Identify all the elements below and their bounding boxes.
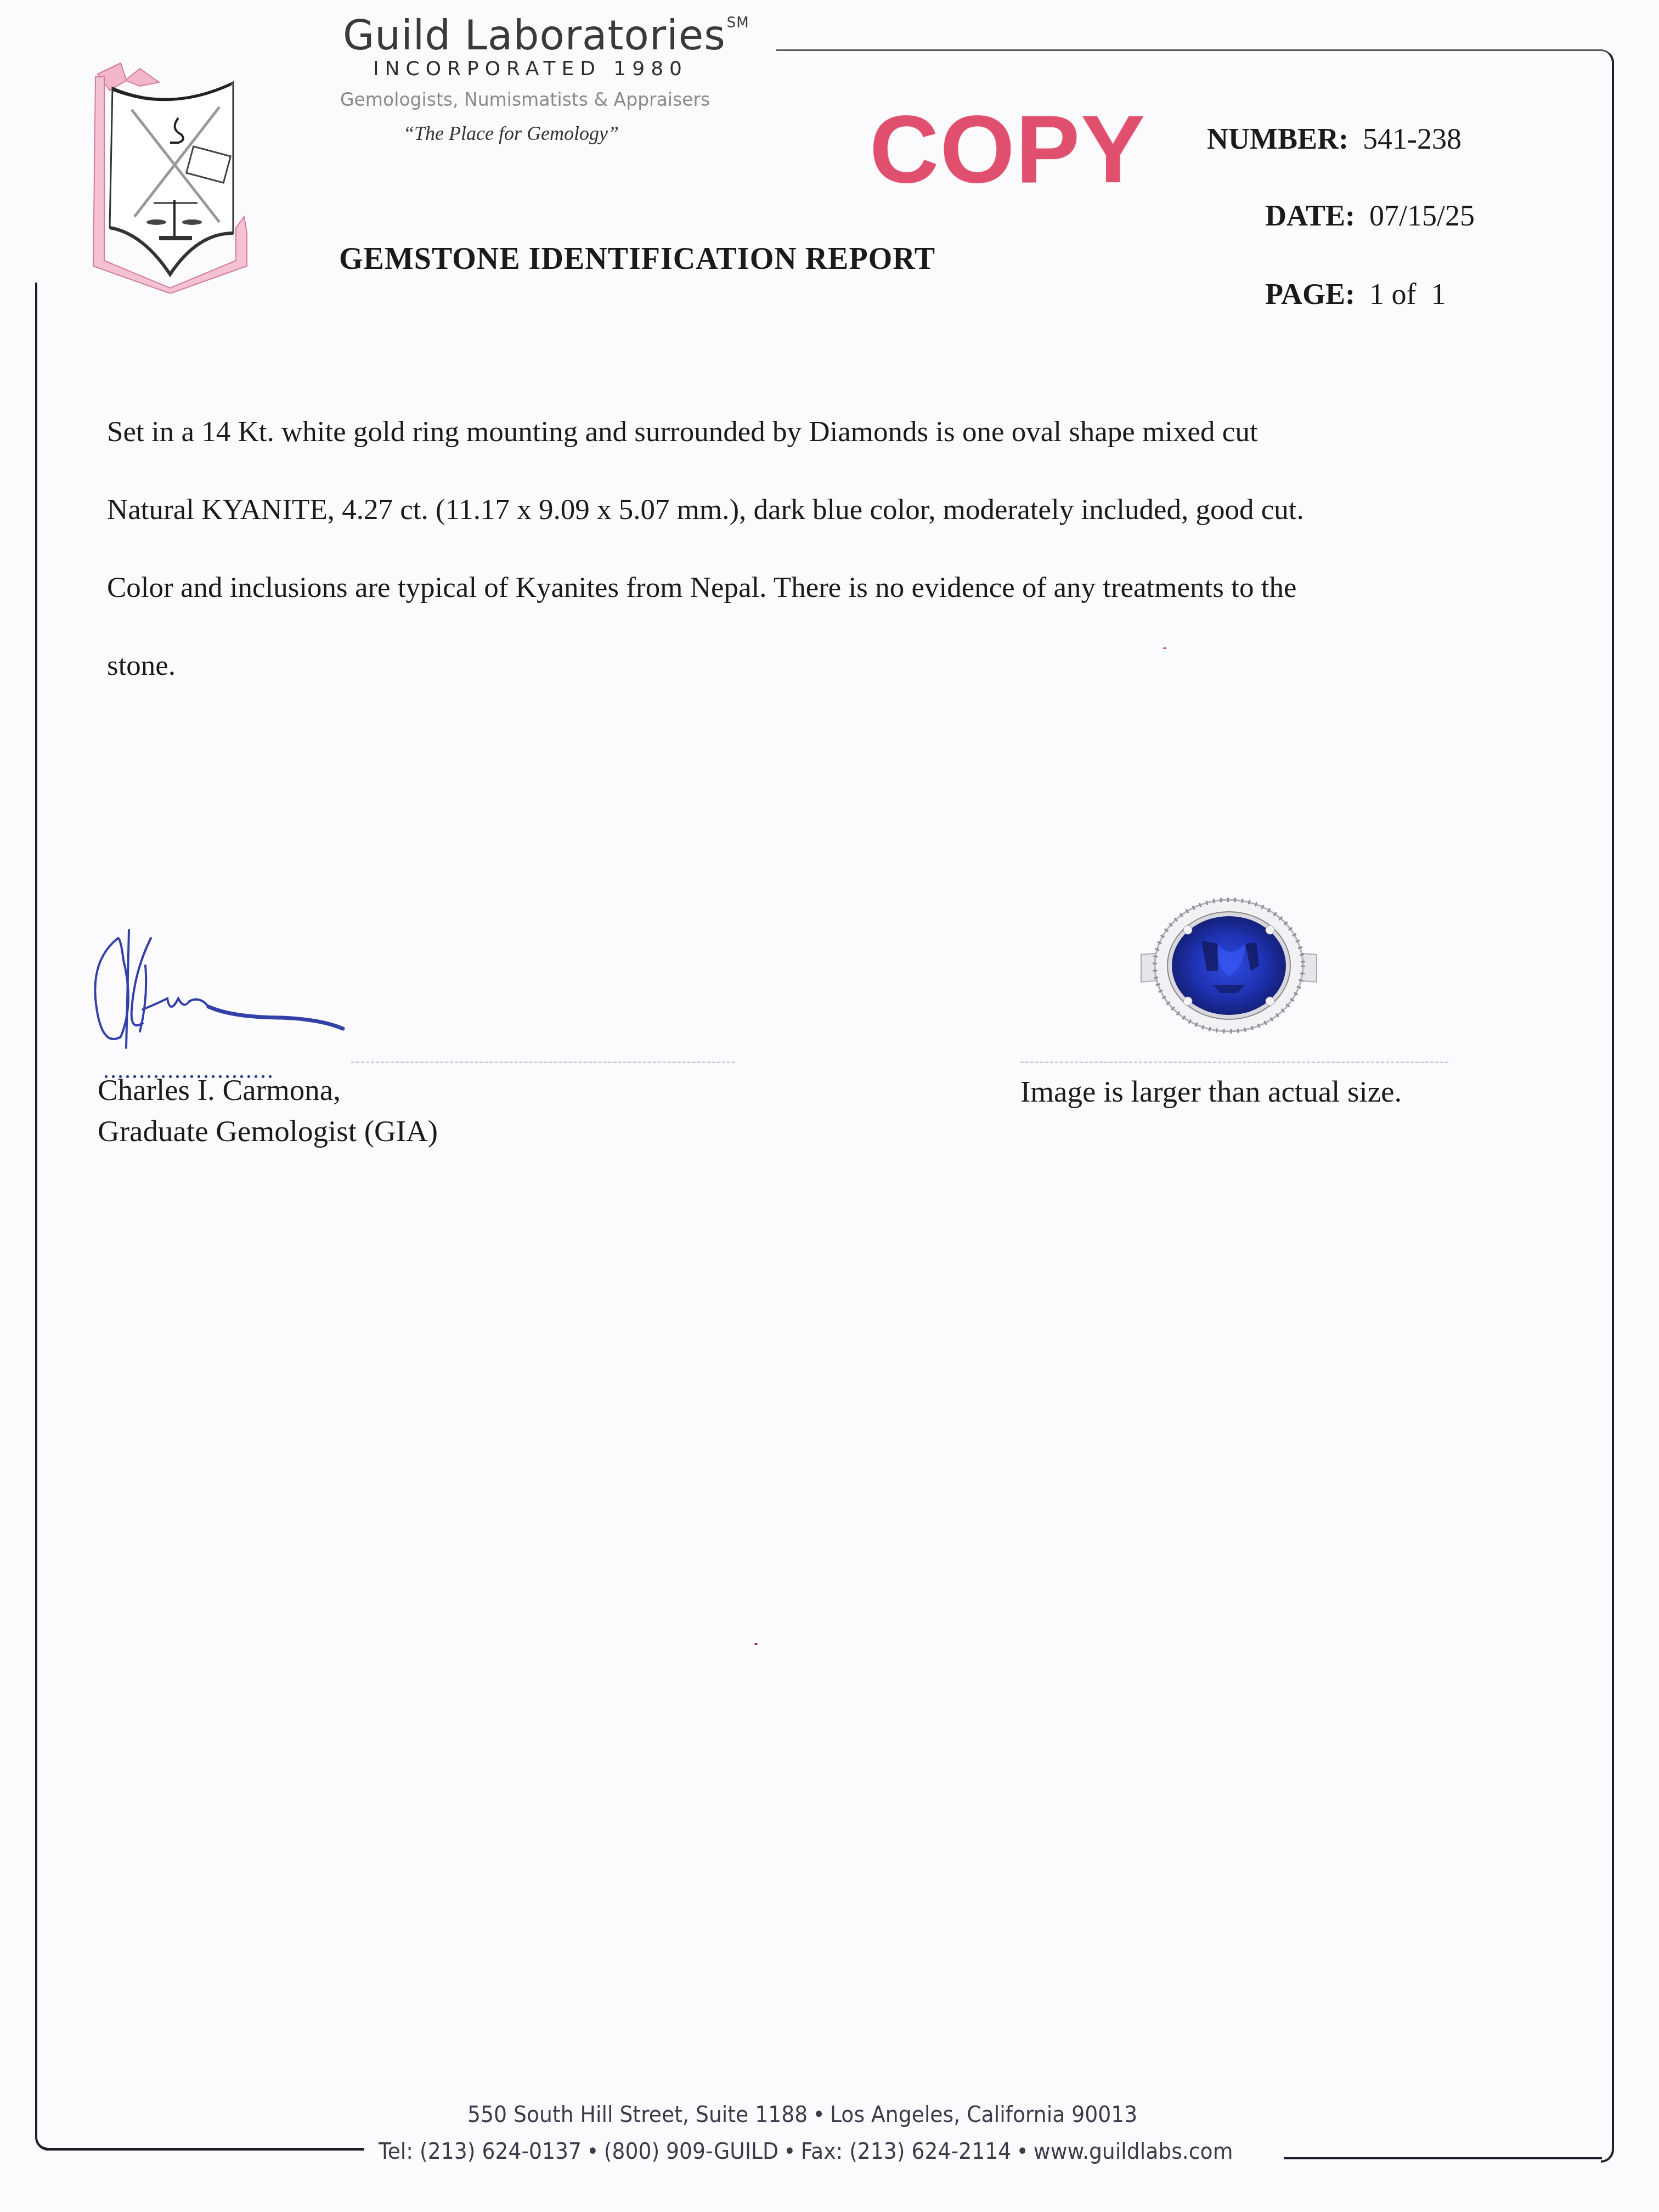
faint-rule <box>351 1062 735 1063</box>
crest-shield-icon <box>88 52 252 294</box>
report-number-value: 541-238 <box>1363 122 1462 155</box>
report-date: DATE:07/15/25 <box>1265 199 1475 233</box>
report-number: NUMBER:541-238 <box>1207 122 1462 156</box>
bullet-separator: • <box>783 2138 795 2164</box>
page-frame-right <box>1601 49 1614 2163</box>
signature-scribble <box>91 927 420 1053</box>
copy-stamp: COPY <box>870 101 1146 198</box>
scan-speck <box>1163 647 1166 649</box>
description-line: stone. <box>107 627 1588 704</box>
report-number-label: NUMBER: <box>1207 122 1348 155</box>
incorporated-line: INCORPORATED 1980 <box>373 58 688 80</box>
footer-contact: Tel: (213) 624-0137•(800) 909-GUILD•Fax:… <box>379 2138 1233 2164</box>
scan-speck <box>754 1643 758 1645</box>
page-frame-top <box>776 49 1602 51</box>
report-date-label: DATE: <box>1265 199 1355 232</box>
description-line: Color and inclusions are typical of Kyan… <box>107 549 1588 627</box>
footer-fax: Fax: (213) 624-2114 <box>801 2138 1011 2164</box>
lab-name: Guild LaboratoriesSM <box>343 12 749 59</box>
report-date-value: 07/15/25 <box>1369 199 1475 232</box>
lab-subtitle: Gemologists, Numismatists & Appraisers <box>340 89 710 110</box>
footer-address: 550 South Hill Street, Suite 1188•Los An… <box>467 2101 1137 2128</box>
report-page-value: 1 of 1 <box>1369 278 1446 311</box>
signer-name: Charles I. Carmona, <box>98 1073 341 1107</box>
report-page-label: PAGE: <box>1265 278 1355 311</box>
footer-tel: Tel: (213) 624-0137 <box>379 2138 582 2164</box>
lab-tagline: “The Place for Gemology” <box>403 122 619 145</box>
signer-title: Graduate Gemologist (GIA) <box>98 1114 438 1148</box>
report-page: PAGE:1 of 1 <box>1265 277 1446 311</box>
service-mark: SM <box>727 15 749 31</box>
footer-website[interactable]: www.guildlabs.com <box>1034 2138 1233 2164</box>
description-line: Natural KYANITE, 4.27 ct. (11.17 x 9.09 … <box>107 471 1588 549</box>
page-frame-left <box>35 283 48 2151</box>
report-title: GEMSTONE IDENTIFICATION REPORT <box>339 241 935 276</box>
report-description: Set in a 14 Kt. white gold ring mounting… <box>107 393 1588 704</box>
kyanite-ring-image <box>1136 883 1322 1048</box>
bullet-separator: • <box>813 2101 825 2128</box>
faint-rule <box>1020 1062 1448 1063</box>
description-line: Set in a 14 Kt. white gold ring mounting… <box>107 393 1588 471</box>
bullet-separator: • <box>586 2138 599 2164</box>
page-frame-bottom-right <box>1284 2157 1602 2159</box>
bullet-separator: • <box>1016 2138 1028 2164</box>
page-frame-bottom-left <box>46 2148 364 2151</box>
footer-tollfree: (800) 909-GUILD <box>604 2138 778 2164</box>
image-caption: Image is larger than actual size. <box>1020 1074 1402 1109</box>
